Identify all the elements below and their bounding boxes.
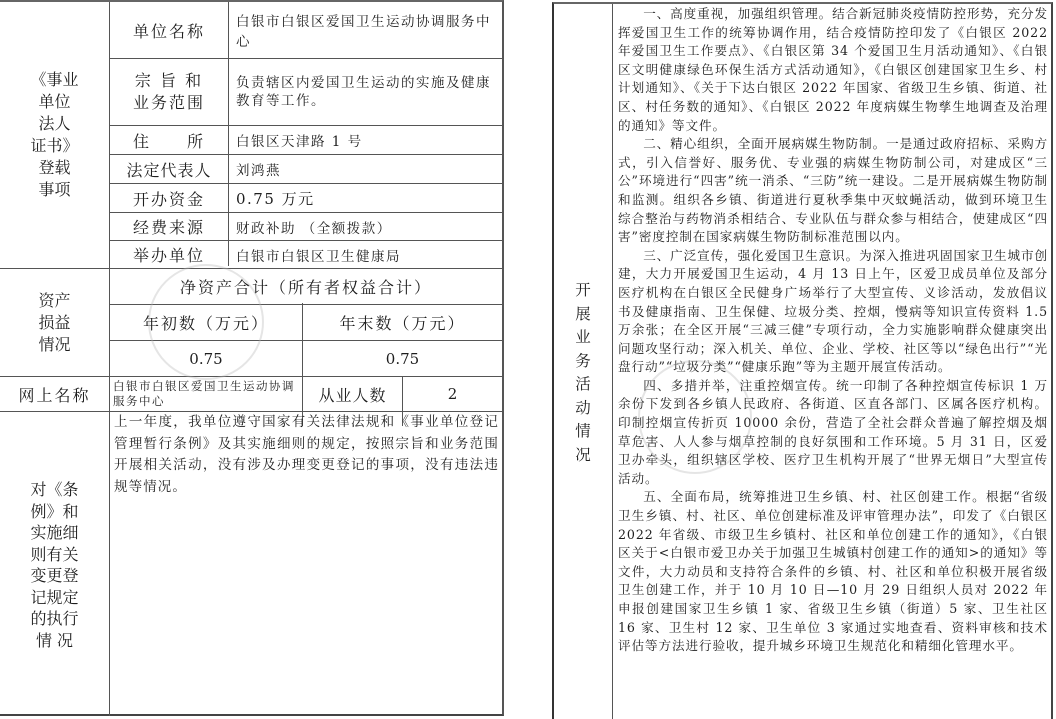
column-divider	[612, 4, 613, 719]
title-char: 业	[554, 326, 612, 350]
registration-section-title: 《事业 单位 法人 证书》 登载 事项	[0, 2, 109, 268]
compliance-section-title: 对《条 例》和 实施细 则有关 变更登 记规定 的执行 情 况	[0, 412, 109, 718]
title-line: 实施细	[30, 522, 78, 544]
title-char: 情	[554, 420, 612, 444]
purpose-scope-value: 负责辖区内爱国卫生运动的实施及健康教育等工作。	[236, 59, 498, 125]
activity-body: 一、高度重视，加强组织管理。结合新冠肺炎疫情防控形势，充分发挥爱国卫生工作的统筹…	[618, 5, 1048, 656]
title-line: 《事业	[30, 69, 78, 91]
title-char: 展	[554, 303, 612, 327]
funding-source-label: 经费来源	[110, 213, 228, 240]
title-line: 对《条	[30, 479, 78, 501]
staff-count-value: 2	[403, 377, 502, 411]
title-line: 的执行	[30, 608, 78, 630]
title-line: 资产	[38, 290, 70, 312]
begin-year-value: 0.75	[110, 341, 302, 376]
title-line: 证书》	[30, 135, 78, 157]
paragraph-1: 一、高度重视，加强组织管理。结合新冠肺炎疫情防控形势，充分发挥爱国卫生工作的统筹…	[618, 5, 1048, 135]
title-line: 则有关	[30, 544, 78, 566]
address-value: 白银区天津路 1 号	[236, 126, 498, 154]
title-line: 记规定	[30, 587, 78, 609]
online-name-label: 网上名称	[0, 377, 109, 411]
end-year-value: 0.75	[303, 341, 502, 376]
column-divider	[228, 2, 229, 266]
paragraph-5: 五、全面布局，统筹推进卫生乡镇、村、社区创建工作。根据“省级卫生乡镇、村、社区、…	[618, 488, 1048, 655]
title-line: 登载	[38, 157, 70, 179]
paragraph-2: 二、精心组织，全面开展病媒生物防制。一是通过政府招标、采购方式，引入信誉好、服务…	[618, 135, 1048, 247]
title-line: 损益	[38, 312, 70, 334]
title-char: 况	[554, 444, 612, 468]
begin-year-header: 年初数（万元）	[110, 305, 302, 340]
legal-rep-value: 刘鸿燕	[236, 155, 498, 183]
title-line: 变更登	[30, 565, 78, 587]
title-line: 单位	[38, 91, 70, 113]
paragraph-3: 三、广泛宣传，强化爱国卫生意识。为深入推进巩固国家卫生城市创建，大力开展爱国卫生…	[618, 247, 1048, 377]
address-label: 住 所	[110, 126, 228, 154]
registration-form-page: 《事业 单位 法人 证书》 登载 事项 单位名称 白银市白银区爱国卫生运动协调服…	[0, 0, 504, 716]
staff-count-label: 从业人数	[303, 377, 402, 411]
start-capital-label: 开办资金	[110, 184, 228, 212]
title-char: 活	[554, 373, 612, 397]
net-assets-header: 净资产合计（所有者权益合计）	[110, 269, 502, 304]
assets-section-title: 资产 损益 情况	[0, 269, 109, 376]
title-line: 法人	[38, 113, 70, 135]
title-char: 动	[554, 397, 612, 421]
start-capital-value: 0.75 万元	[236, 184, 498, 212]
title-char: 务	[554, 350, 612, 374]
title-line: 情况	[38, 334, 70, 356]
legal-rep-label: 法定代表人	[110, 155, 228, 183]
unit-name-value: 白银市白银区爱国卫生运动协调服务中心	[236, 2, 500, 58]
title-line: 事项	[38, 179, 70, 201]
end-year-header: 年末数（万元）	[303, 305, 502, 340]
funding-source-value: 财政补助 （全额拨款）	[236, 213, 498, 240]
label-line: 宗 旨 和	[135, 70, 203, 92]
sponsor-unit-label: 举办单位	[110, 241, 228, 268]
title-line: 情 况	[36, 630, 73, 652]
title-char: 开	[554, 279, 612, 303]
paragraph-4: 四、多措并举，注重控烟宣传。统一印制了各种控烟宣传标识 1 万余份下发到各乡镇人…	[618, 377, 1048, 489]
label-line: 业务范围	[133, 92, 205, 114]
online-name-value: 白银市白银区爱国卫生运动协调服务中心	[113, 379, 301, 411]
purpose-scope-label: 宗 旨 和 业务范围	[110, 59, 228, 125]
compliance-text: 上一年度，我单位遵守国家有关法律法规和《事业单位登记管理暂行条例》及其实施细则的…	[114, 412, 499, 502]
business-activity-page: 开 展 业 务 活 动 情 况 一、高度重视，加强组织管理。结合新冠肺炎疫情防控…	[552, 2, 1053, 719]
sponsor-unit-value: 白银市白银区卫生健康局	[236, 241, 498, 268]
unit-name-label: 单位名称	[110, 2, 228, 58]
title-line: 例》和	[30, 501, 78, 523]
activity-section-title: 开 展 业 务 活 动 情 况	[554, 279, 612, 467]
